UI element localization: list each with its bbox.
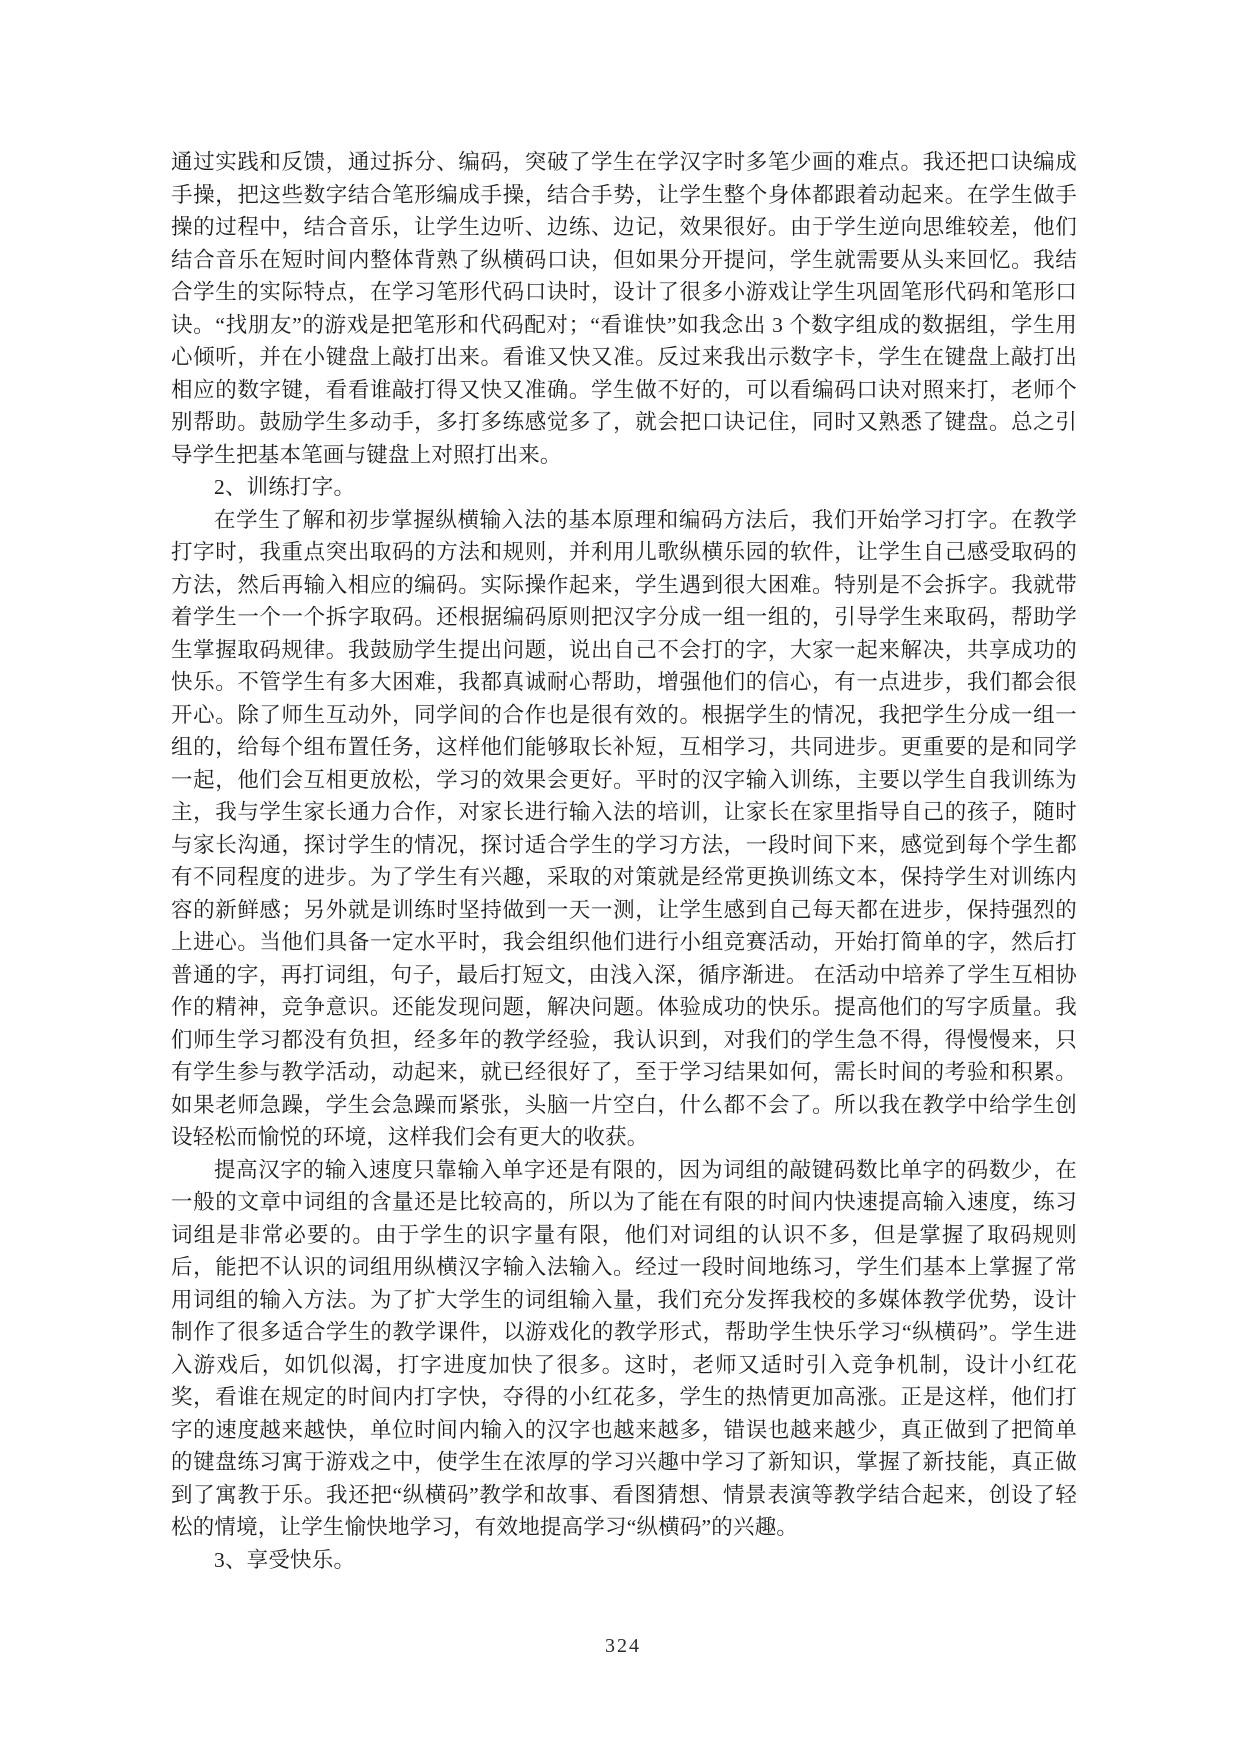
body-paragraph-continuation: 通过实践和反馈，通过拆分、编码，突破了学生在学汉字时多笔少画的难点。我还把口诀编… bbox=[171, 146, 1077, 471]
body-paragraph-word-input-speed: 提高汉字的输入速度只靠输入单字还是有限的，因为词组的敲键码数比单字的码数少，在一… bbox=[171, 1154, 1077, 1544]
document-body-text: 通过实践和反馈，通过拆分、编码，突破了学生在学汉字时多笔少画的难点。我还把口诀编… bbox=[171, 146, 1077, 1576]
section-heading-enjoy-happiness: 3、享受快乐。 bbox=[171, 1544, 1077, 1577]
page-number: 324 bbox=[0, 1634, 1246, 1658]
document-page: 通过实践和反馈，通过拆分、编码，突破了学生在学汉字时多笔少画的难点。我还把口诀编… bbox=[0, 0, 1246, 1763]
section-heading-train-typing: 2、训练打字。 bbox=[171, 471, 1077, 504]
body-paragraph-train-typing: 在学生了解和初步掌握纵横输入法的基本原理和编码方法后，我们开始学习打字。在教学打… bbox=[171, 504, 1077, 1154]
